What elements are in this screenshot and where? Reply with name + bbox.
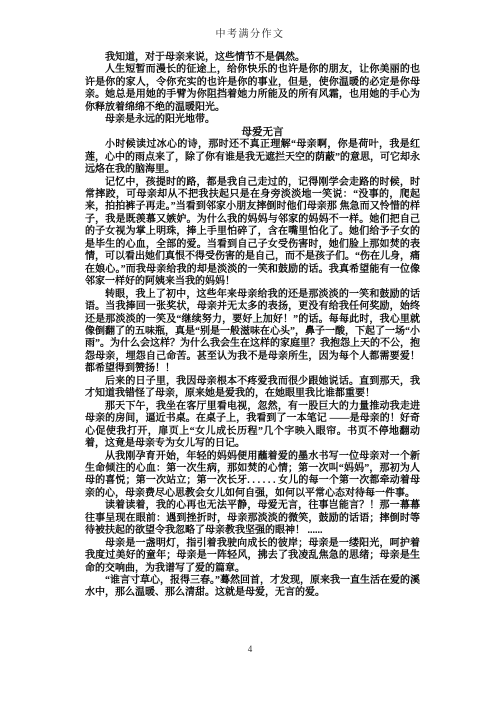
essay-title: 母爱无言 [85,127,420,139]
body-paragraph: 那天下午，我坐在客厅里看电视，忽然，有一股巨大的力量推动我走进母亲的房间，逼近书… [85,401,420,451]
document-header: 中考满分作文 [0,25,500,40]
document-page: 中考满分作文 我知道，对于母亲来说，这些情节不是偶然。 人生短暂而漫长的征途上，… [0,0,500,708]
body-paragraph: 转眼，我上了初中，这些年来母亲给我的还是那淡淡的一笑和鼓励的话语。当我捧回一张奖… [85,289,420,376]
body-paragraph: 读着读着，我的心再也无法平静，母爱无言，往事岂能言？！那一幕幕往事呈现在眼前：遇… [85,500,420,537]
intro-paragraph: 我知道，对于母亲来说，这些情节不是偶然。 [85,52,420,64]
body-paragraph: 从我刚孕育开始，年轻的妈妈便用蘸着爱的墨水书写一位母亲对一个新生命倾注的心血：第… [85,451,420,501]
essay-content: 我知道，对于母亲来说，这些情节不是偶然。 人生短暂而漫长的征途上，给你快乐的也许… [85,52,420,600]
intro-paragraph: 母亲是永远的阳光地带。 [85,114,420,126]
intro-paragraph: 人生短暂而漫长的征途上，给你快乐的也许是你的朋友，让你美丽的也许是你的家人，令你… [85,64,420,114]
body-paragraph: 后来的日子里，我因母亲根本不疼爱我而很少跟她说话。直到那天，我才知道我错怪了母亲… [85,376,420,401]
body-paragraph: “谁言寸草心，报得三春。”蓦然回首，才发现，原来我一直生活在爱的溪水中，那么温暖… [85,575,420,600]
body-paragraph: 母亲是一盏明灯，指引着我驶向成长的彼岸；母亲是一缕阳光，呵护着我度过美好的童年；… [85,538,420,575]
body-paragraph: 记忆中，孩提时的路，都是我自己走过的，记得刚学会走路的时候，时常摔跤，可母亲却从… [85,177,420,289]
page-number: 4 [0,644,500,654]
body-paragraph: 小时候读过冰心的诗，那时还不真正理解“母亲啊，你是荷叶，我是红莲，心中的雨点来了… [85,139,420,176]
